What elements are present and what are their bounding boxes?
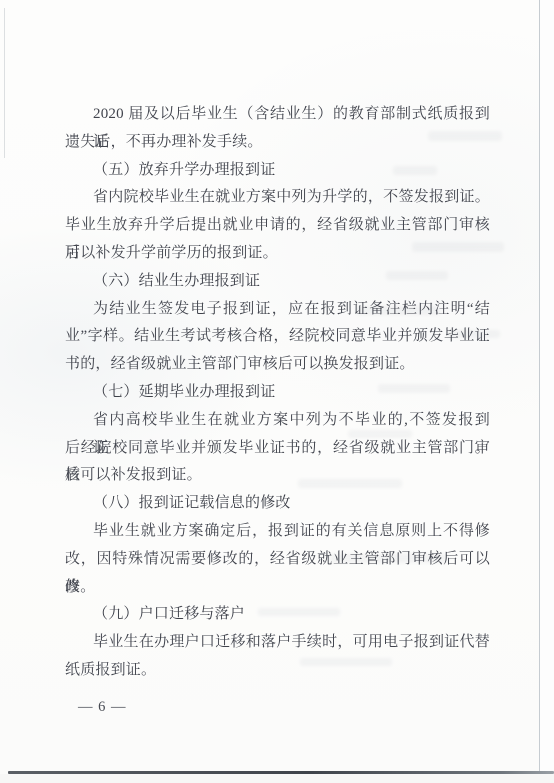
- text-line: 改。: [65, 574, 490, 602]
- section-heading: （八）报到证记载信息的修改: [65, 490, 490, 518]
- page-left-edge-line: [4, 8, 5, 158]
- text-line: 改，因特殊情况需要修改的，经省级就业主管部门审核后可以修: [65, 546, 490, 574]
- section-heading: （五）放弃升学办理报到证: [65, 157, 490, 185]
- text-line: 可以补发升学前学历的报到证。: [65, 240, 490, 268]
- text-line: 遗失后，不再办理补发手续。: [65, 129, 490, 157]
- page-bottom-margin: [0, 774, 554, 783]
- text-block: 2020 届及以后毕业生（含结业生）的教育部制式纸质报到证遗失后，不再办理补发手…: [65, 101, 490, 685]
- text-line: 业”字样。结业生考试考核合格，经院校同意毕业并颁发毕业证: [65, 323, 490, 351]
- text-line: 后可以补发报到证。: [65, 462, 490, 490]
- text-line: 为结业生签发电子报到证，应在报到证备注栏内注明“结: [65, 296, 490, 324]
- page-number: — 6 —: [78, 694, 127, 720]
- text-line: 省内院校毕业生在就业方案中列为升学的，不签发报到证。: [65, 184, 490, 212]
- text-line: 后经院校同意毕业并颁发毕业证书的，经省级就业主管部门审核: [65, 435, 490, 463]
- section-heading: （七）延期毕业办理报到证: [65, 379, 490, 407]
- text-line: 省内高校毕业生在就业方案中列为不毕业的,不签发报到证。: [65, 407, 490, 435]
- scanned-document-page: 2020 届及以后毕业生（含结业生）的教育部制式纸质报到证遗失后，不再办理补发手…: [0, 0, 554, 783]
- text-line: 2020 届及以后毕业生（含结业生）的教育部制式纸质报到证: [65, 101, 490, 129]
- section-heading: （九）户口迁移与落户: [65, 601, 490, 629]
- page-right-margin: [540, 0, 554, 773]
- text-line: 毕业生放弃升学后提出就业申请的，经省级就业主管部门审核后: [65, 212, 490, 240]
- text-line: 毕业生就业方案确定后，报到证的有关信息原则上不得修: [65, 518, 490, 546]
- page-right-edge-line: [539, 0, 540, 773]
- section-heading: （六）结业生办理报到证: [65, 268, 490, 296]
- text-line: 书的，经省级就业主管部门审核后可以换发报到证。: [65, 351, 490, 379]
- text-line: 毕业生在办理户口迁移和落户手续时，可用电子报到证代替: [65, 629, 490, 657]
- text-line: 纸质报到证。: [65, 657, 490, 685]
